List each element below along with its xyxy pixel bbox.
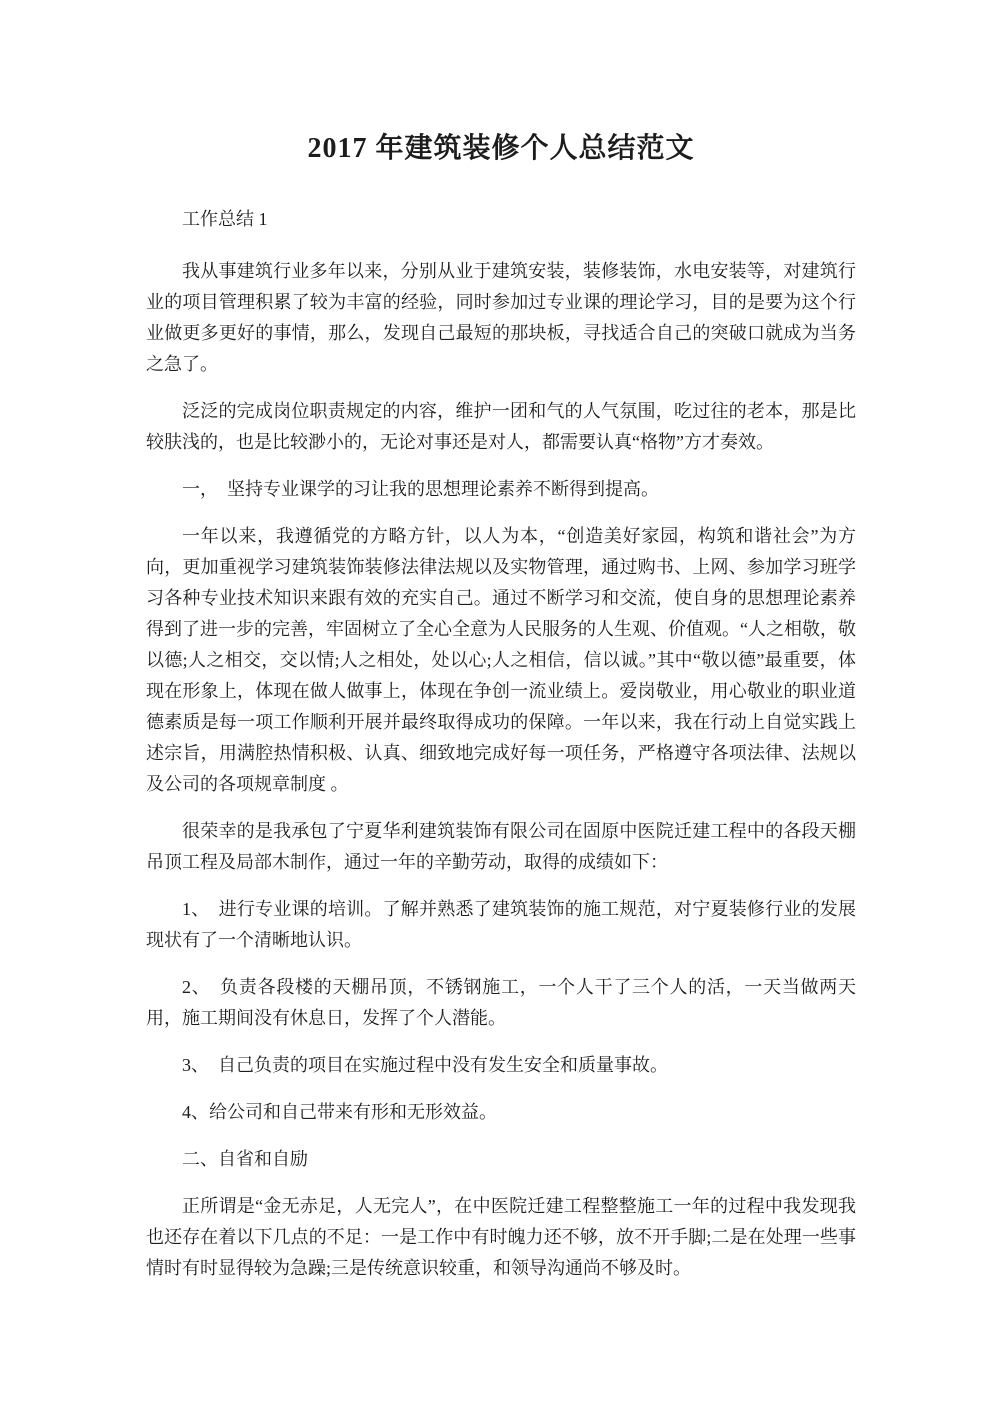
document-title: 2017 年建筑装修个人总结范文: [146, 132, 856, 166]
document-body: 我从事建筑行业多年以来，分别从业于建筑安装，装修装饰，水电安装等，对建筑行业的项…: [146, 256, 856, 1284]
paragraph-study-details: 一年以来，我遵循党的方略方针，以人为本，“创造美好家园，构筑和谐社会”为方向，更…: [146, 521, 856, 800]
paragraph-item-4: 4、给公司和自己带来有形和无形效益。: [146, 1097, 856, 1128]
paragraph-self-reflection: 正所谓是“金无赤足，人无完人”，在中医院迁建工程整整施工一年的过程中我发现我也还…: [146, 1191, 856, 1284]
paragraph-heading-two: 二、自省和自励: [146, 1144, 856, 1175]
paragraph-item-1: 1、 进行专业课的培训。了解并熟悉了建筑装饰的施工规范，对宁夏装修行业的发展现状…: [146, 894, 856, 956]
section-label: 工作总结 1: [146, 204, 856, 235]
paragraph-intro: 我从事建筑行业多年以来，分别从业于建筑安装，装修装饰，水电安装等，对建筑行业的项…: [146, 256, 856, 380]
paragraph-gewu: 泛泛的完成岗位职责规定的内容，维护一团和气的人气氛围，吃过往的老本，那是比较肤浅…: [146, 396, 856, 458]
paragraph-heading-one: 一， 坚持专业课学的习让我的思想理论素养不断得到提高。: [146, 474, 856, 505]
document-page: 2017 年建筑装修个人总结范文 工作总结 1 我从事建筑行业多年以来，分别从业…: [0, 0, 1000, 1415]
paragraph-item-3: 3、 自己负责的项目在实施过程中没有发生安全和质量事故。: [146, 1050, 856, 1081]
paragraph-item-2: 2、 负责各段楼的天棚吊顶，不锈钢施工，一个人干了三个人的活，一天当做两天用，施…: [146, 972, 856, 1034]
paragraph-project-summary: 很荣幸的是我承包了宁夏华利建筑装饰有限公司在固原中医院迁建工程中的各段天棚吊顶工…: [146, 816, 856, 878]
